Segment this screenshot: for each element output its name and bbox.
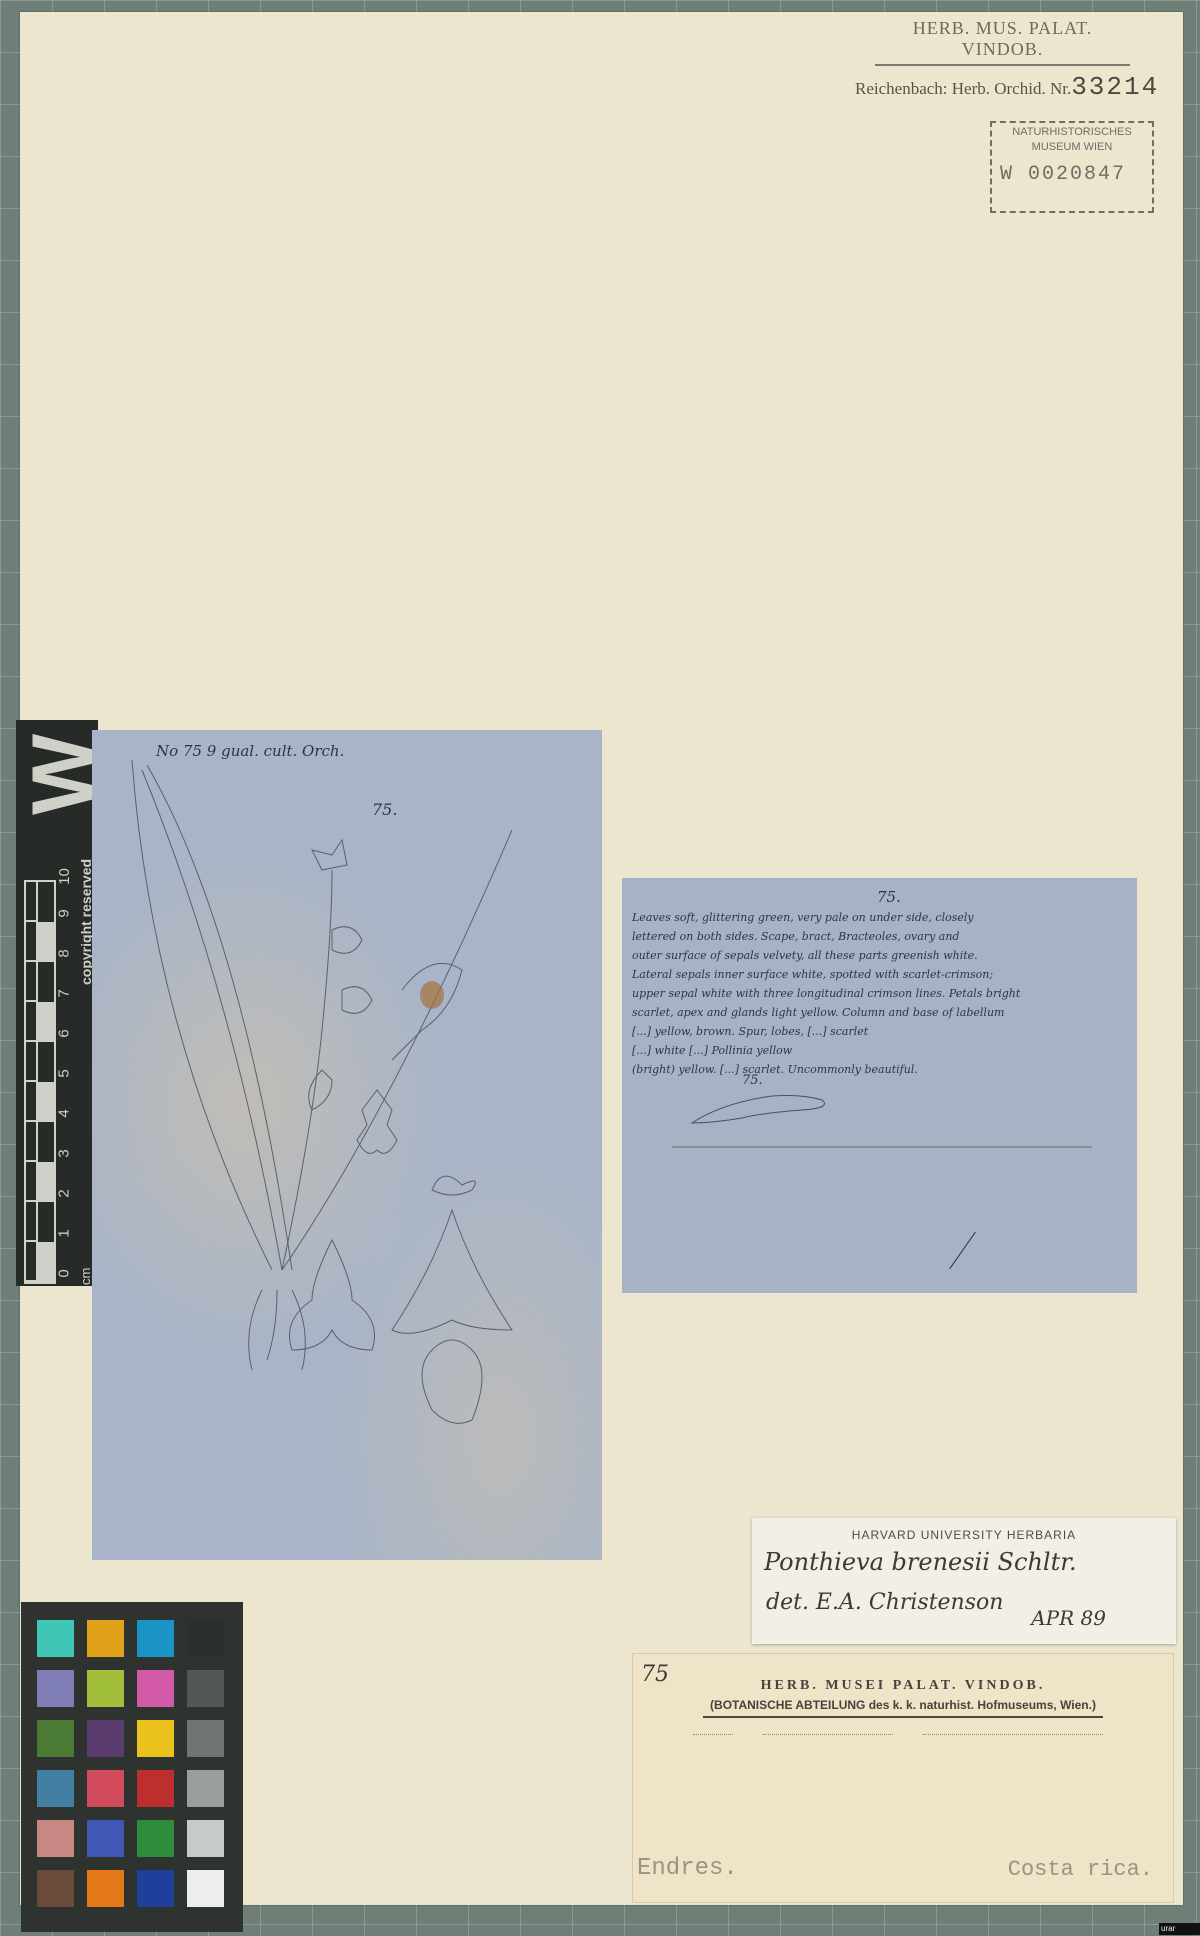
color-patch	[87, 1620, 124, 1657]
collection-label: 75 HERB. MUSEI PALAT. VINDOB. (BOTANISCH…	[632, 1653, 1174, 1903]
pencil-mark	[949, 1232, 976, 1269]
stamp-title: HERB. MUS. PALAT. VINDOB.	[875, 18, 1130, 66]
ruler-tick: 4	[56, 1109, 73, 1117]
determination-label: HARVARD UNIVERSITY HERBARIA Ponthieva br…	[752, 1518, 1176, 1644]
notes-line: [...] white [...] Pollinia yellow	[632, 1041, 1132, 1060]
color-patch	[87, 1770, 124, 1807]
color-patch	[137, 1820, 174, 1857]
ruler-tick: 9	[56, 909, 73, 917]
ruler-bar-inner	[24, 880, 38, 1284]
locality: Costa rica.	[1008, 1857, 1153, 1882]
dotted-line	[763, 1734, 893, 1735]
leaf-sketch-icon	[682, 1088, 882, 1138]
ruler-tick: 0	[56, 1269, 73, 1277]
institution-name: HERB. MUSEI PALAT. VINDOB.	[633, 1678, 1173, 1694]
color-patch	[87, 1820, 124, 1857]
dotted-line	[923, 1734, 1103, 1735]
color-patch	[137, 1720, 174, 1757]
color-patch	[37, 1770, 74, 1807]
taxon-name: Ponthieva brenesii Schltr.	[764, 1548, 1176, 1576]
color-patch	[137, 1620, 174, 1657]
ruler-unit: cm	[78, 1268, 93, 1285]
ruler-tick: 2	[56, 1189, 73, 1197]
notes-line: Leaves soft, glittering green, very pale…	[632, 908, 1132, 927]
orchid-sketch-icon	[92, 730, 602, 1560]
museum-barcode-stamp: NATURHISTORISCHES MUSEUM WIEN W 0020847	[990, 121, 1154, 213]
color-patch	[137, 1770, 174, 1807]
color-patch	[87, 1720, 124, 1757]
color-patch	[187, 1870, 224, 1907]
color-patch	[137, 1670, 174, 1707]
notes-line: Lateral sepals inner surface white, spot…	[632, 965, 1132, 984]
color-patch	[37, 1720, 74, 1757]
stamp-reference-prefix: Reichenbach: Herb. Orchid. Nr.	[855, 79, 1071, 98]
specimen-id: W 0020847	[1000, 163, 1152, 186]
ruler-tick: 1	[56, 1229, 73, 1237]
corner-logo: urar	[1159, 1923, 1200, 1935]
color-patch	[187, 1670, 224, 1707]
sketch-label: 75.	[742, 1073, 763, 1088]
herbarium-stamp: HERB. MUS. PALAT. VINDOB. Reichenbach: H…	[855, 18, 1175, 102]
determination-date: APR 89	[1031, 1606, 1106, 1630]
ruler-tick: 3	[56, 1149, 73, 1157]
botanical-drawing-sheet: No 75 9 gual. cult. Orch. 75.	[92, 730, 602, 1560]
color-patch	[87, 1870, 124, 1907]
color-patch	[187, 1770, 224, 1807]
color-patch	[187, 1620, 224, 1657]
notes-line: lettered on both sides. Scape, bract, Br…	[632, 927, 1132, 946]
scale-ruler: W copyright reserved 0 1 2 3 4 5 6 7 8 9…	[16, 720, 98, 1286]
color-patch	[187, 1720, 224, 1757]
ruler-tick: 7	[56, 989, 73, 997]
determiner: det. E.A. Christenson	[766, 1590, 1176, 1615]
notes-text: Leaves soft, glittering green, very pale…	[632, 908, 1132, 1079]
color-patch	[87, 1670, 124, 1707]
notes-label: 75.	[877, 888, 901, 906]
collection-number: 75	[641, 1662, 669, 1687]
institution-department: (BOTANISCHE ABTEILUNG des k. k. naturhis…	[633, 1698, 1173, 1712]
museum-name-line2: MUSEUM WIEN	[992, 141, 1152, 153]
color-patch	[37, 1820, 74, 1857]
dotted-line	[693, 1734, 733, 1735]
fold-line	[672, 1146, 1092, 1148]
ruler-tick: 8	[56, 949, 73, 957]
notes-line: upper sepal white with three longitudina…	[632, 984, 1132, 1003]
museum-name-line1: NATURHISTORISCHES	[992, 126, 1152, 138]
color-patch	[37, 1870, 74, 1907]
color-patch	[37, 1620, 74, 1657]
ruler-tick: 10	[56, 868, 73, 885]
ruler-tick: 5	[56, 1069, 73, 1077]
field-notes-sheet: 75. Leaves soft, glittering green, very …	[622, 878, 1137, 1293]
herbarium-name: HARVARD UNIVERSITY HERBARIA	[752, 1528, 1176, 1542]
label-rule	[703, 1716, 1103, 1718]
ruler-tick: 6	[56, 1029, 73, 1037]
stamp-number: 33214	[1071, 72, 1159, 102]
color-patch	[187, 1820, 224, 1857]
collector: Endres.	[637, 1855, 738, 1882]
stamp-reference: Reichenbach: Herb. Orchid. Nr.33214	[855, 72, 1175, 102]
color-calibration-chart	[21, 1602, 243, 1932]
notes-line: [...] yellow, brown. Spur, lobes, [...] …	[632, 1022, 1132, 1041]
color-patch	[137, 1870, 174, 1907]
notes-line: outer surface of sepals velvety, all the…	[632, 946, 1132, 965]
notes-line: (bright) yellow. [...] scarlet. Uncommon…	[632, 1060, 1132, 1079]
notes-line: scarlet, apex and glands light yellow. C…	[632, 1003, 1132, 1022]
color-patch	[37, 1670, 74, 1707]
